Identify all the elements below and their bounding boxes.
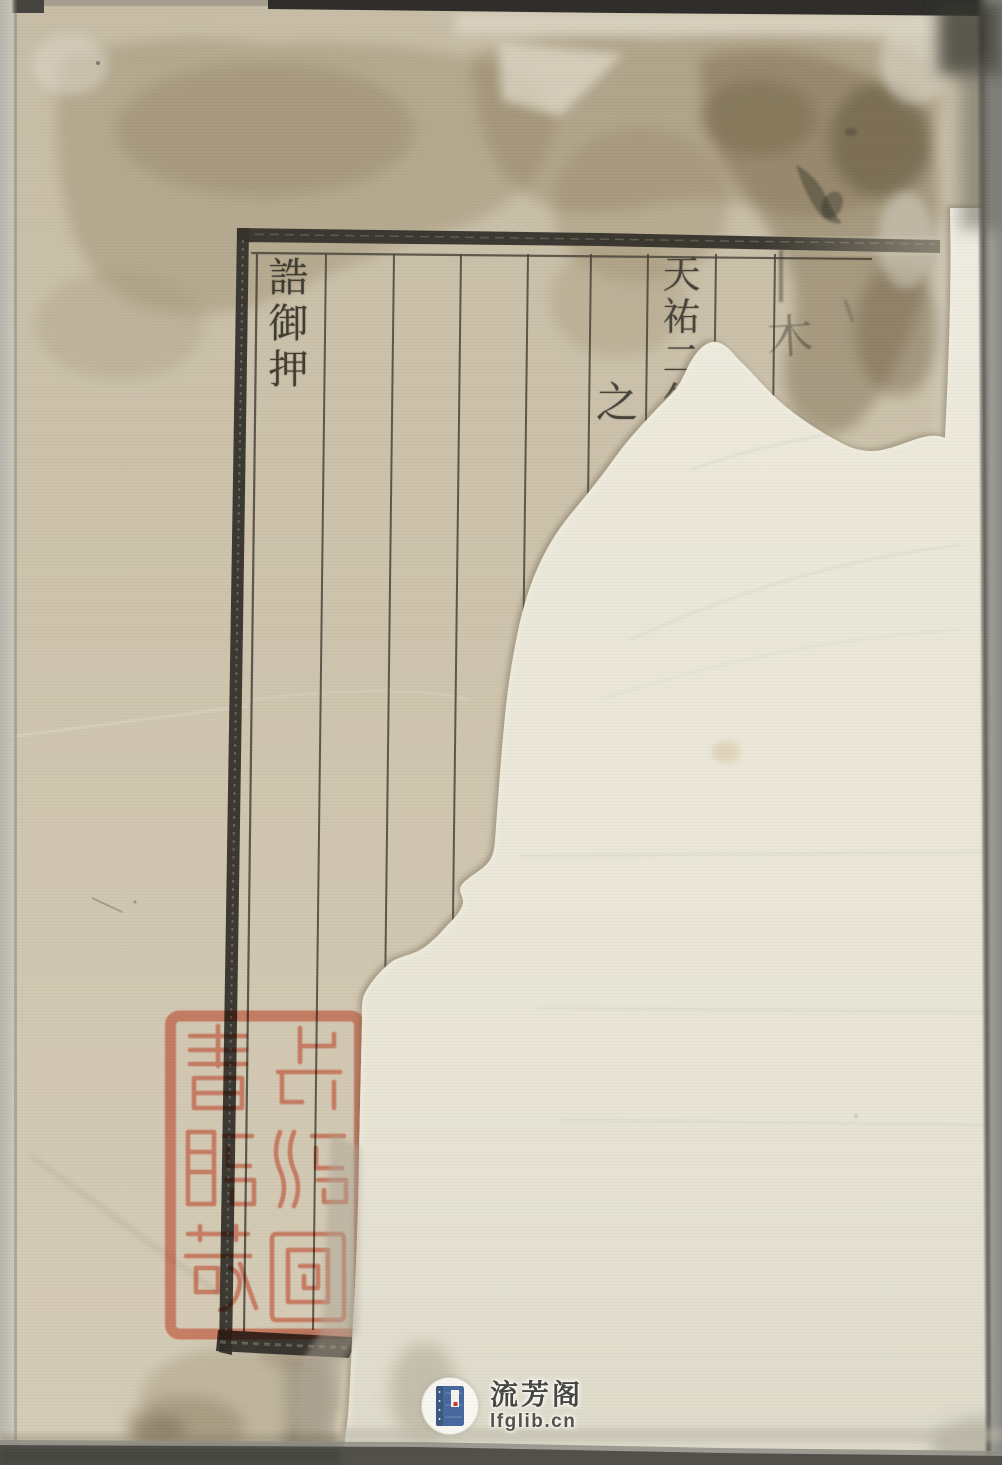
- scan-edge-top: [268, 0, 1002, 16]
- foxing-spot: [712, 741, 740, 763]
- watermark-circle-background: [421, 1377, 479, 1435]
- tear-and-scan-edges: [0, 0, 1002, 1465]
- watermark-site-domain: lfglib.cn: [490, 1412, 583, 1431]
- watermark-site-name: 流芳阁: [490, 1381, 583, 1409]
- watermark: 流芳阁 lfglib.cn: [421, 1377, 583, 1435]
- underpage-shading: [330, 200, 1002, 1465]
- watermark-text: 流芳阁 lfglib.cn: [490, 1381, 583, 1431]
- scanned-book-page: 誥御押 天祐二年 之 木: [0, 0, 1002, 1465]
- scan-edge-left: [0, 0, 16, 1465]
- stitched-book-icon: [435, 1385, 465, 1427]
